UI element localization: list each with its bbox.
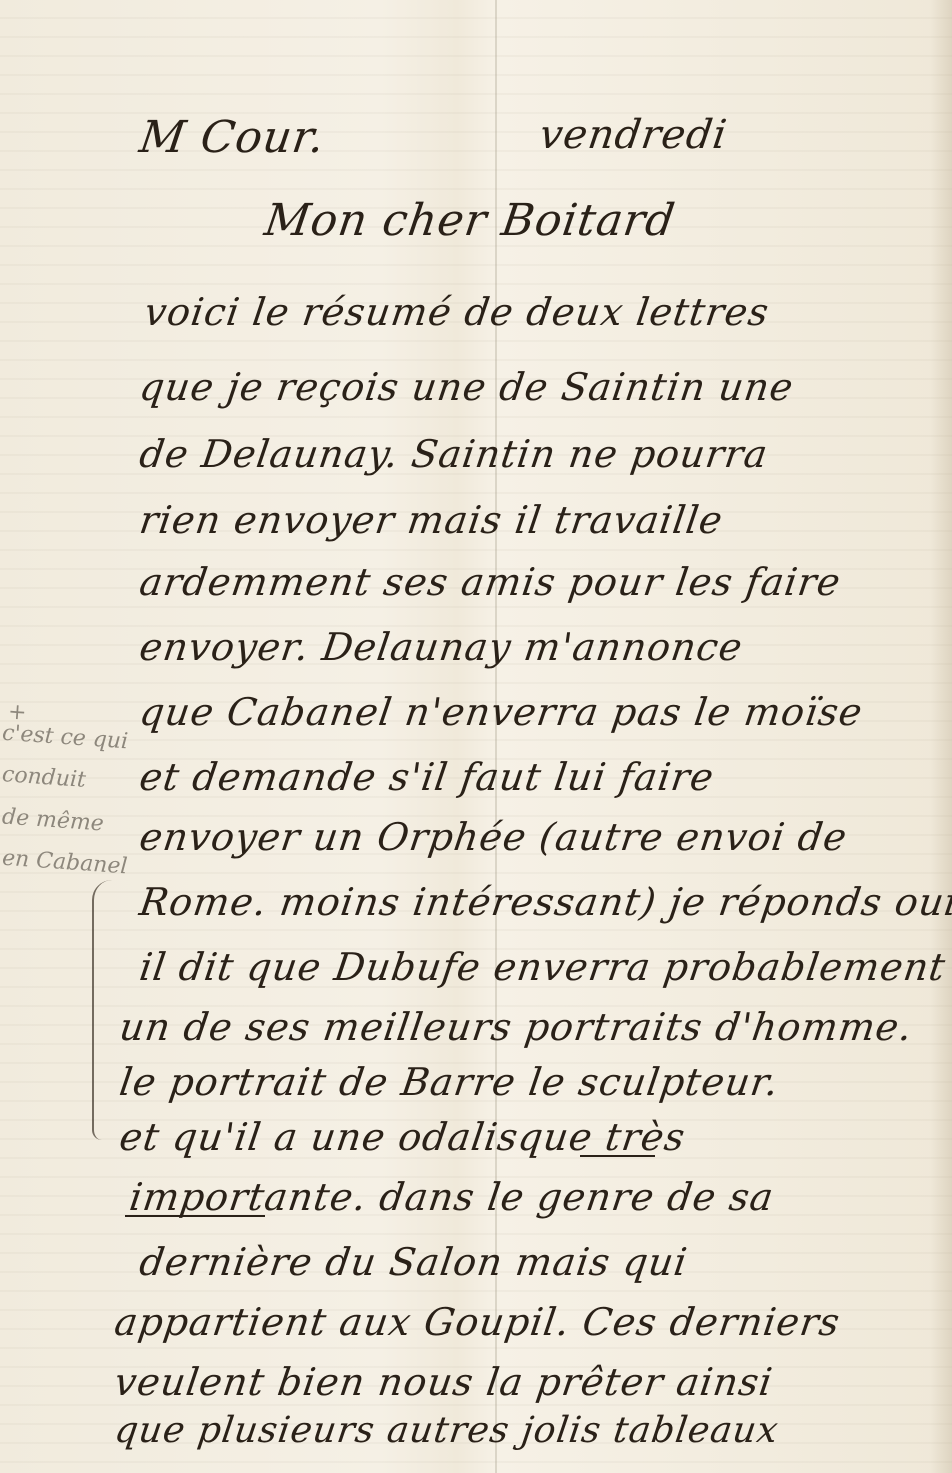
letter-line-7: que Cabanel n'enverra pas le moïse [137, 690, 866, 734]
letter-line-4: rien envoyer mais il travaille [137, 498, 726, 542]
letter-line-16: dernière du Salon mais qui [137, 1240, 691, 1284]
letter-line-10: Rome. moins intéressant) je réponds oui [137, 880, 952, 924]
letter-line-14: et qu'il a une odalisque très [117, 1115, 688, 1159]
letter-line-5: ardemment ses amis pour les faire [137, 560, 844, 604]
margin-bracket [92, 880, 112, 1140]
letter-line-1: voici le résumé de deux lettres [142, 290, 772, 334]
letter-line-11: il dit que Dubufe enverra probablement [137, 945, 949, 989]
letter-line-13: le portrait de Barre le sculpteur. [117, 1060, 782, 1104]
letter-line-17: appartient aux Goupil. Ces derniers [112, 1300, 843, 1344]
letter-date: vendredi [537, 112, 730, 158]
underline-importante [125, 1215, 265, 1217]
letter-line-15: importante. dans le genre de sa [127, 1175, 777, 1219]
letter-salutation: Mon cher Boitard [261, 195, 678, 246]
underline-tres [580, 1155, 655, 1157]
letter-header-left: M Cour. [136, 112, 328, 163]
letter-line-19: que plusieurs autres jolis tableaux [112, 1410, 781, 1451]
letter-line-3: de Delaunay. Saintin ne pourra [137, 432, 771, 476]
letter-line-12: un de ses meilleurs portraits d'homme. [117, 1005, 916, 1049]
letter-line-18: veulent bien nous la prêter ainsi [112, 1360, 776, 1404]
letter-line-2: que je reçois une de Saintin une [137, 365, 797, 409]
paper-edge-shadow [930, 0, 952, 1473]
letter-line-8: et demande s'il faut lui faire [137, 755, 717, 799]
letter-line-9: envoyer un Orphée (autre envoi de [137, 815, 850, 859]
letter-line-6: envoyer. Delaunay m'annonce [137, 625, 746, 669]
